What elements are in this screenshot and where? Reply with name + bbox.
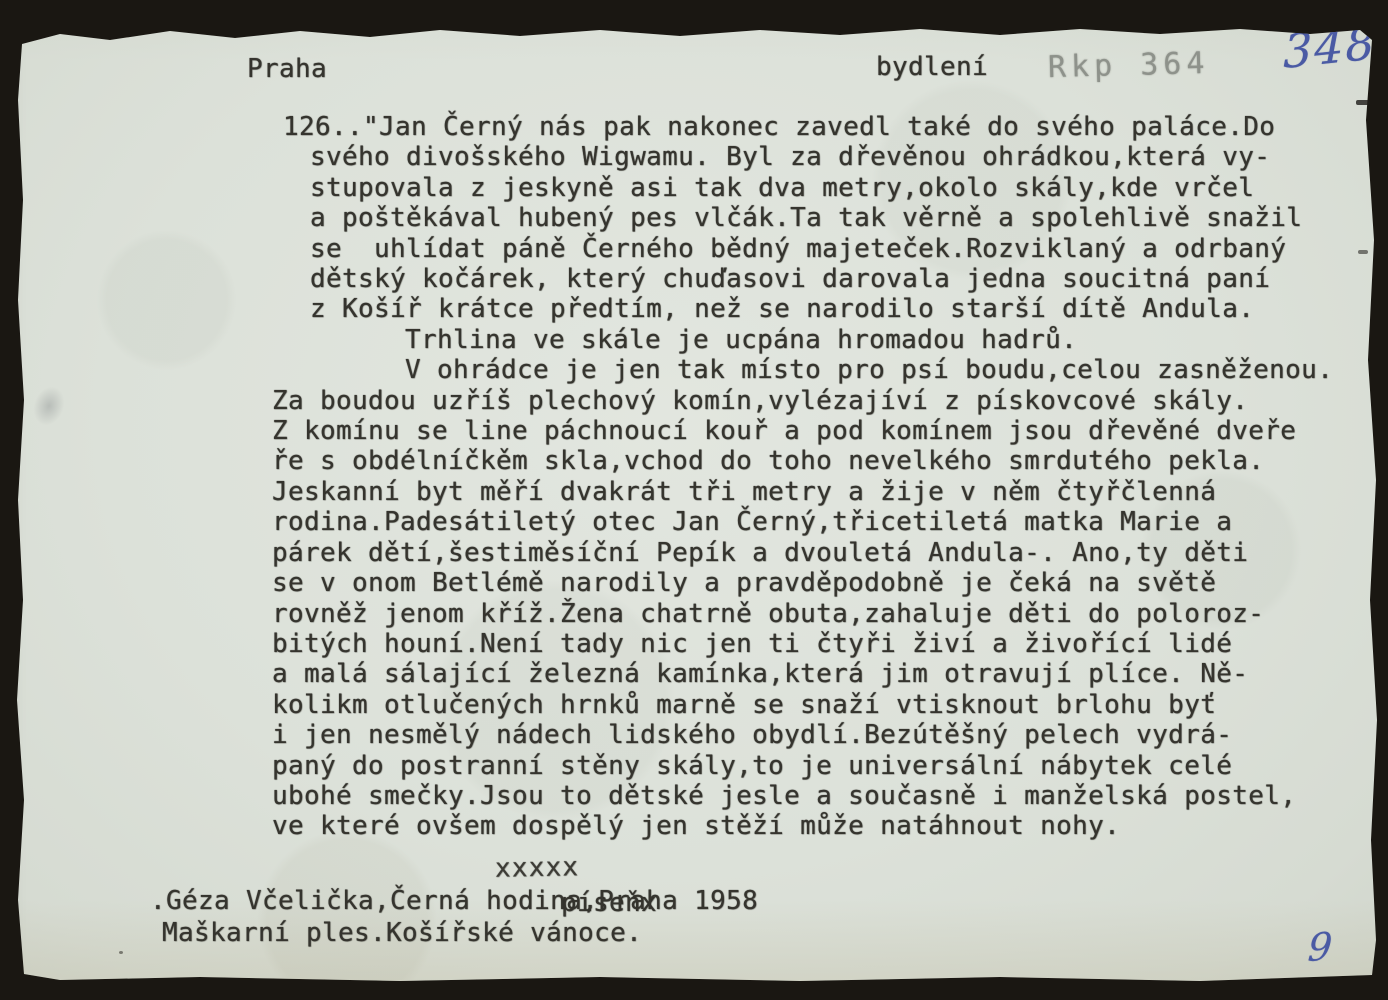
typed-line: svého divošského Wigwamu. Byl za dřevěno… <box>310 142 1333 172</box>
typed-line: Za boudou uzříš plechový komín,vylézajív… <box>272 386 1333 416</box>
header-place: Praha <box>247 54 327 84</box>
scanned-archive-card: { "colors": { "scan_background": "#1a171… <box>0 0 1388 1000</box>
typed-line: V ohrádce je jen tak místo pro psí boudu… <box>405 355 1333 385</box>
handwritten-page-number-top: 348 <box>1283 15 1376 79</box>
typed-line: dětský kočárek, který chuďasovi darovala… <box>310 264 1333 294</box>
scan-edge-mark <box>1356 100 1370 105</box>
paper-sheet: Praha bydlení Rkp 364 348 126.."Jan Čern… <box>0 0 1388 1000</box>
typed-line: ubohé smečky.Jsou to dětské jesle a souč… <box>272 781 1333 811</box>
header-subject: bydlení <box>876 52 988 82</box>
typed-line: kolikm otlučených hrnků marně se snaží v… <box>272 690 1333 720</box>
typed-line: a poštěkával hubený pes vlčák.Ta tak věr… <box>310 203 1333 233</box>
typed-line: Z komínu se line páchnoucí kouř a pod ko… <box>272 416 1333 446</box>
typed-line: rodina.Padesátiletý otec Jan Černý,třice… <box>272 507 1333 537</box>
typed-line: párek dětí,šestiměsíční Pepík a dvouletá… <box>272 538 1333 568</box>
typed-line: Jeskanní byt měří dvakrát tři metry a ži… <box>272 477 1333 507</box>
typed-line: ve které ovšem dospělý jen stěží může na… <box>272 811 1333 841</box>
typed-line: a malá sálající železná kamínka,která ji… <box>272 659 1333 689</box>
handwritten-page-number-bottom: 9 <box>1306 924 1333 970</box>
typed-line: bitých houní.Není tady nic jen ti čtyři … <box>272 629 1333 659</box>
ink-speck <box>119 951 123 954</box>
typed-line: i jen nesmělý nádech lidského obydlí.Bez… <box>272 720 1333 750</box>
typed-line: 126.."Jan Černý nás pak nakonec zavedl t… <box>283 112 1333 142</box>
typed-line: ře s obdélníčkěm skla,vchod do toho neve… <box>272 446 1333 476</box>
typed-line: Trhlina ve skále je ucpána hromadou hadr… <box>405 325 1333 355</box>
strike-overtype-x: xxxxx <box>495 852 580 883</box>
pencil-smudge <box>28 382 70 430</box>
typed-line: stupovala z jeskyně asi tak dva metry,ok… <box>310 173 1333 203</box>
works-titles-line: Maškarní ples.Košířské vánoce. <box>162 918 642 948</box>
manuscript-number-stamp: Rkp 364 <box>1048 46 1210 85</box>
typed-line: se v onom Betlémě narodily a pravděpodob… <box>272 568 1333 598</box>
scan-edge-mark <box>1358 250 1368 254</box>
typed-line: z Košíř krátce předtím, než se narodilo … <box>310 294 1333 324</box>
typed-lines: 126.."Jan Černý nás pak nakonec zavedl t… <box>272 112 1333 842</box>
typed-line: rovněž jenom kříž.Žena chatrně obuta,zah… <box>272 599 1333 629</box>
typed-line: se uhlídat páně Černého bědný majeteček.… <box>310 234 1333 264</box>
source-attribution-line: .Géza Včelička,Černá hodina,Praha 1958 <box>150 886 758 916</box>
typed-line: paný do postranní stěny skály,to je univ… <box>272 751 1333 781</box>
